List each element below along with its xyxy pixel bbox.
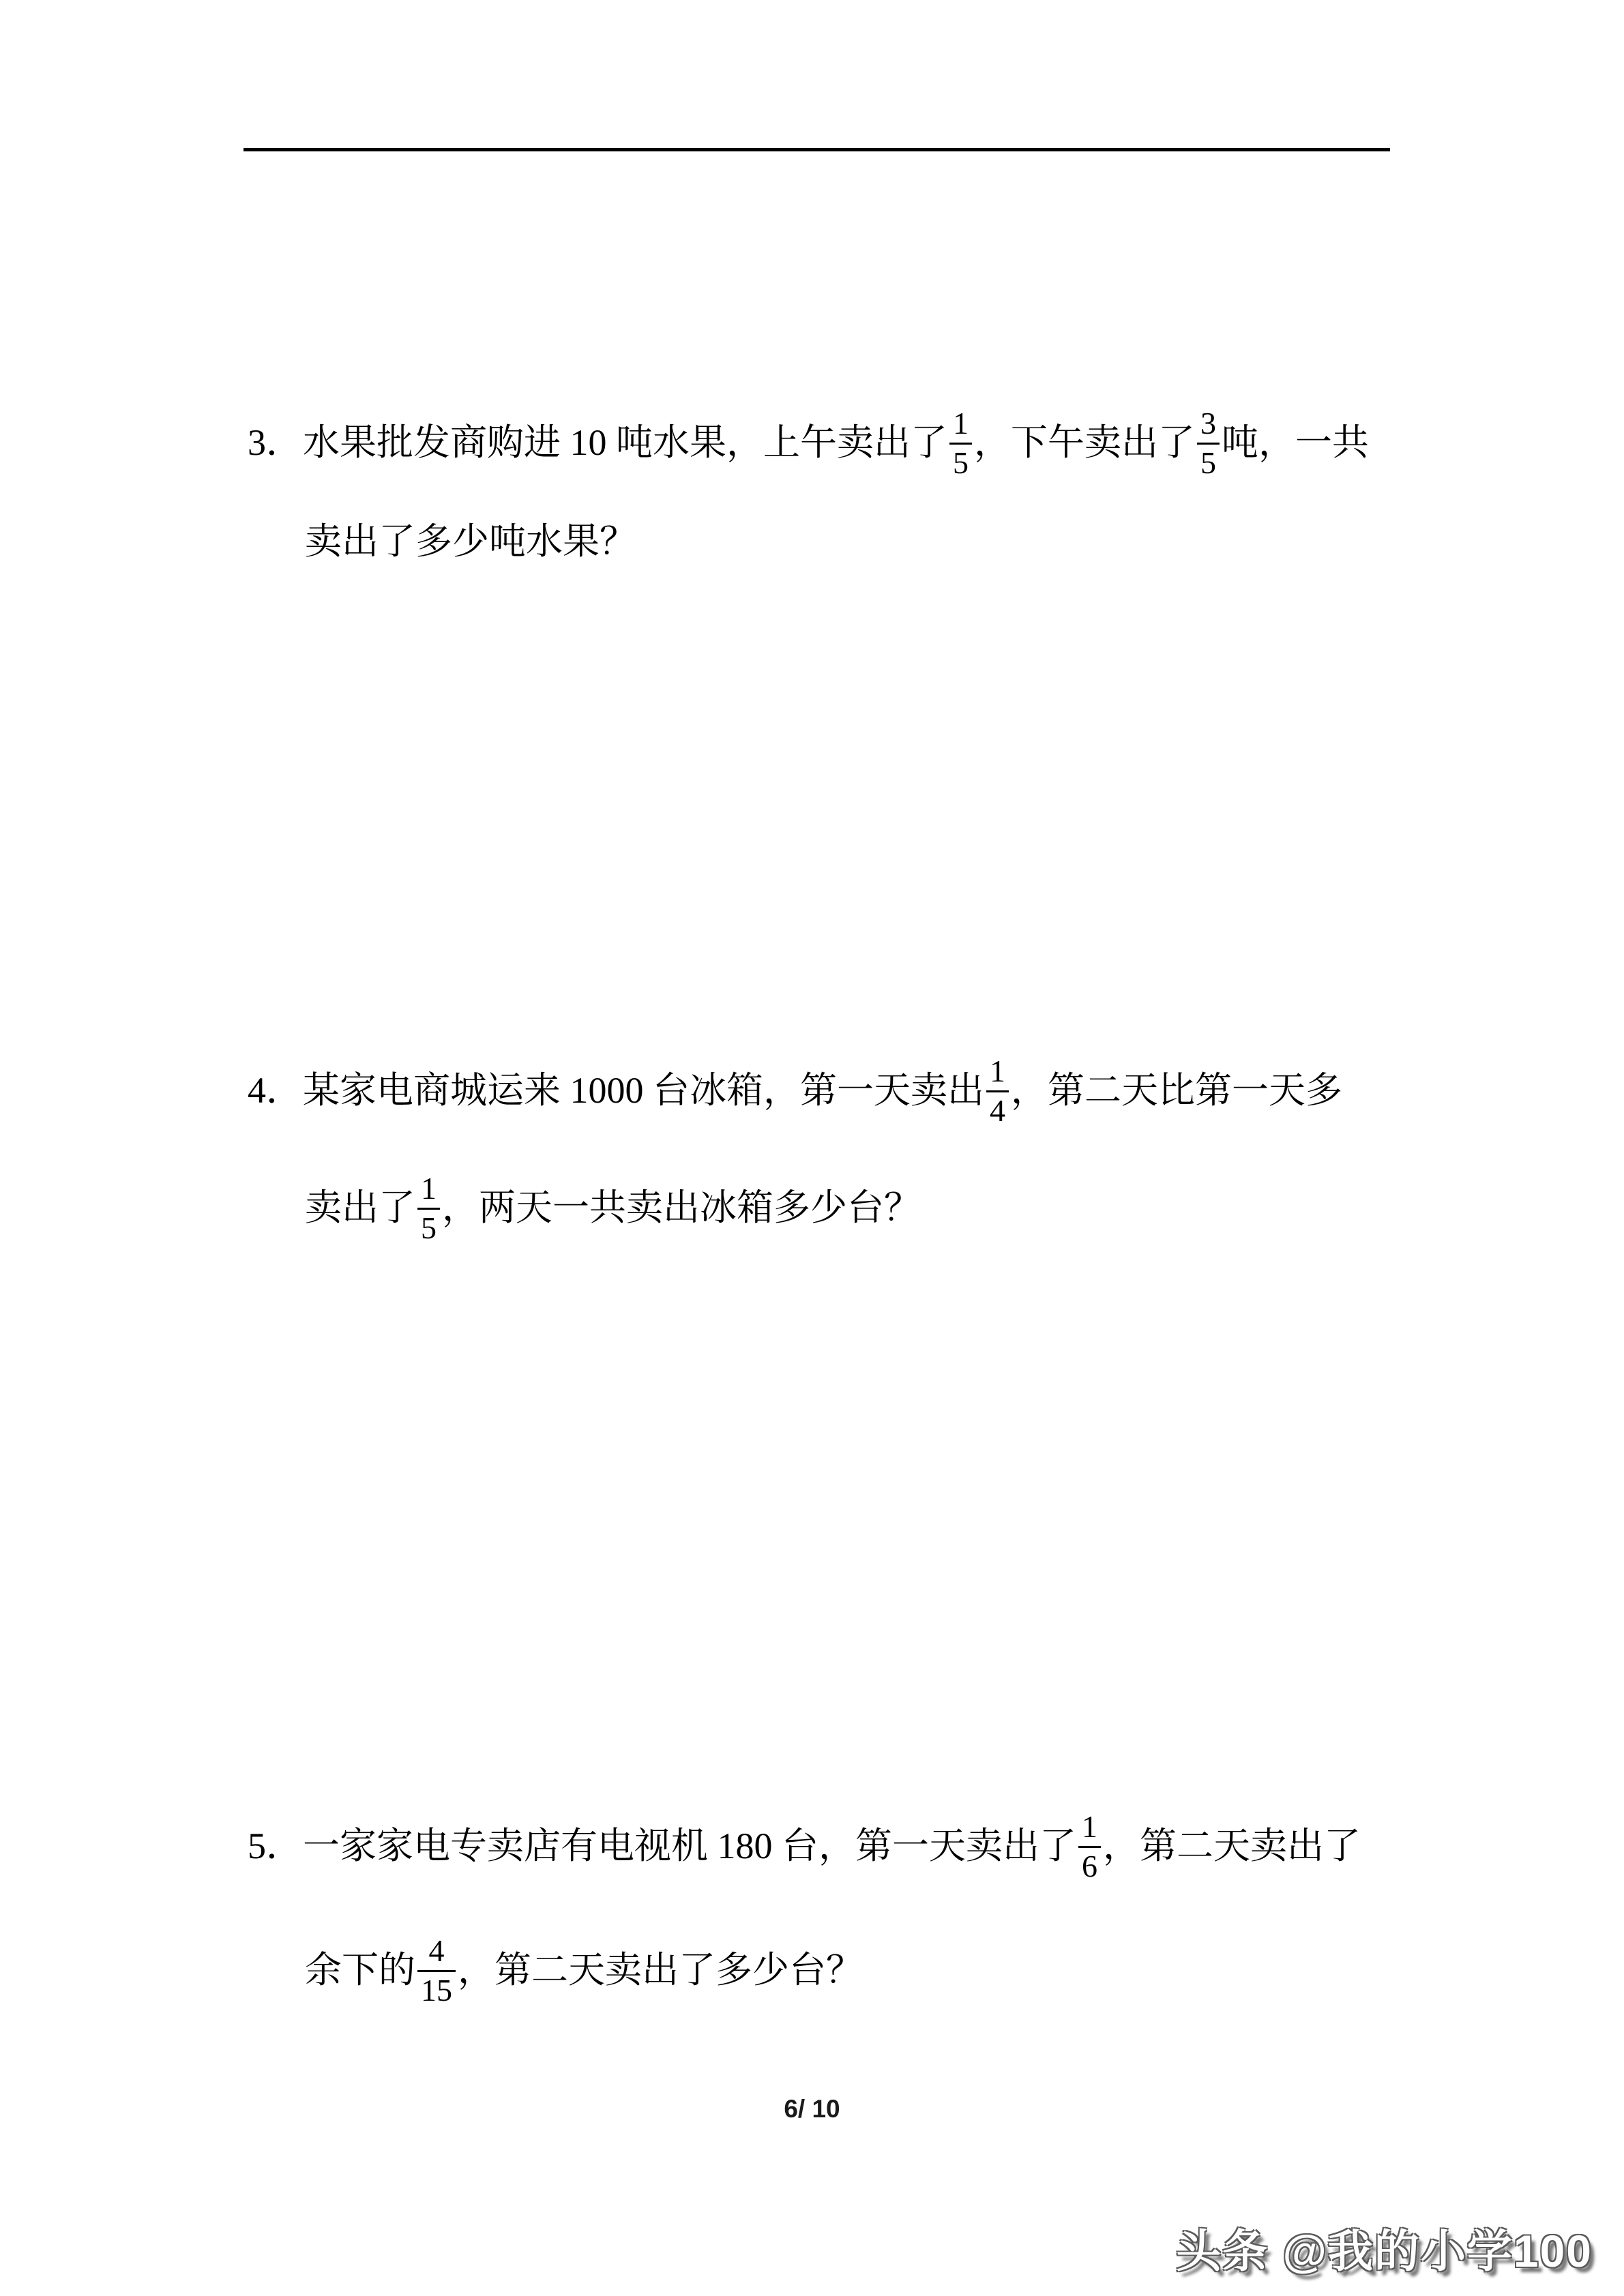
fraction-denominator: 6 xyxy=(1078,1846,1101,1883)
text-run: 吨，一共 xyxy=(1222,420,1369,466)
fraction-numerator: 1 xyxy=(417,1172,440,1207)
text-run: ，第二天比第一天多 xyxy=(1011,1068,1342,1114)
fraction: 14 xyxy=(986,1055,1009,1127)
text-run: 卖出了多少吨水果？ xyxy=(305,519,636,565)
problem-3-line-2: 卖出了多少吨水果？ xyxy=(305,467,636,617)
text-run: 卖出了 xyxy=(305,1185,415,1232)
text-run: 余下的 xyxy=(305,1948,415,1994)
text-run: ，第二天卖出了 xyxy=(1103,1823,1361,1870)
page-number: 6/ 10 xyxy=(0,2095,1624,2123)
fraction: 15 xyxy=(949,407,972,479)
text-run: 3．水果批发商购进 10 吨水果，上午卖出了 xyxy=(248,420,947,466)
problem-5-line-2: 余下的415，第二天卖出了多少台？ xyxy=(305,1896,863,2046)
problem-4-line-2: 卖出了15，两天一共卖出冰箱多少台？ xyxy=(305,1133,921,1283)
text-run: ，两天一共卖出冰箱多少台？ xyxy=(442,1185,921,1232)
fraction: 16 xyxy=(1078,1810,1101,1883)
fraction-numerator: 1 xyxy=(986,1055,1009,1090)
fraction-denominator: 5 xyxy=(949,443,972,479)
fraction-denominator: 15 xyxy=(417,1970,456,2007)
text-run: ，第二天卖出了多少台？ xyxy=(458,1948,863,1994)
text-run: 5．一家家电专卖店有电视机 180 台，第一天卖出了 xyxy=(248,1823,1076,1870)
fraction-denominator: 5 xyxy=(417,1208,440,1244)
text-run: 4．某家电商城运来 1000 台冰箱，第一天卖出 xyxy=(248,1068,984,1114)
fraction: 15 xyxy=(417,1172,440,1244)
fraction: 415 xyxy=(417,1935,456,2007)
worksheet-page: 3．水果批发商购进 10 吨水果，上午卖出了15，下午卖出了35吨，一共 卖出了… xyxy=(0,0,1624,2296)
fraction-denominator: 4 xyxy=(986,1090,1009,1127)
fraction-numerator: 4 xyxy=(426,1935,448,1969)
header-rule xyxy=(243,148,1390,151)
fraction-numerator: 3 xyxy=(1197,407,1220,442)
text-run: ，下午卖出了 xyxy=(974,420,1195,466)
fraction-numerator: 1 xyxy=(949,407,972,442)
fraction-numerator: 1 xyxy=(1078,1810,1101,1845)
watermark: 头条 @我的小学100 xyxy=(1176,2215,1593,2280)
fraction: 35 xyxy=(1197,407,1220,479)
fraction-denominator: 5 xyxy=(1197,443,1220,479)
